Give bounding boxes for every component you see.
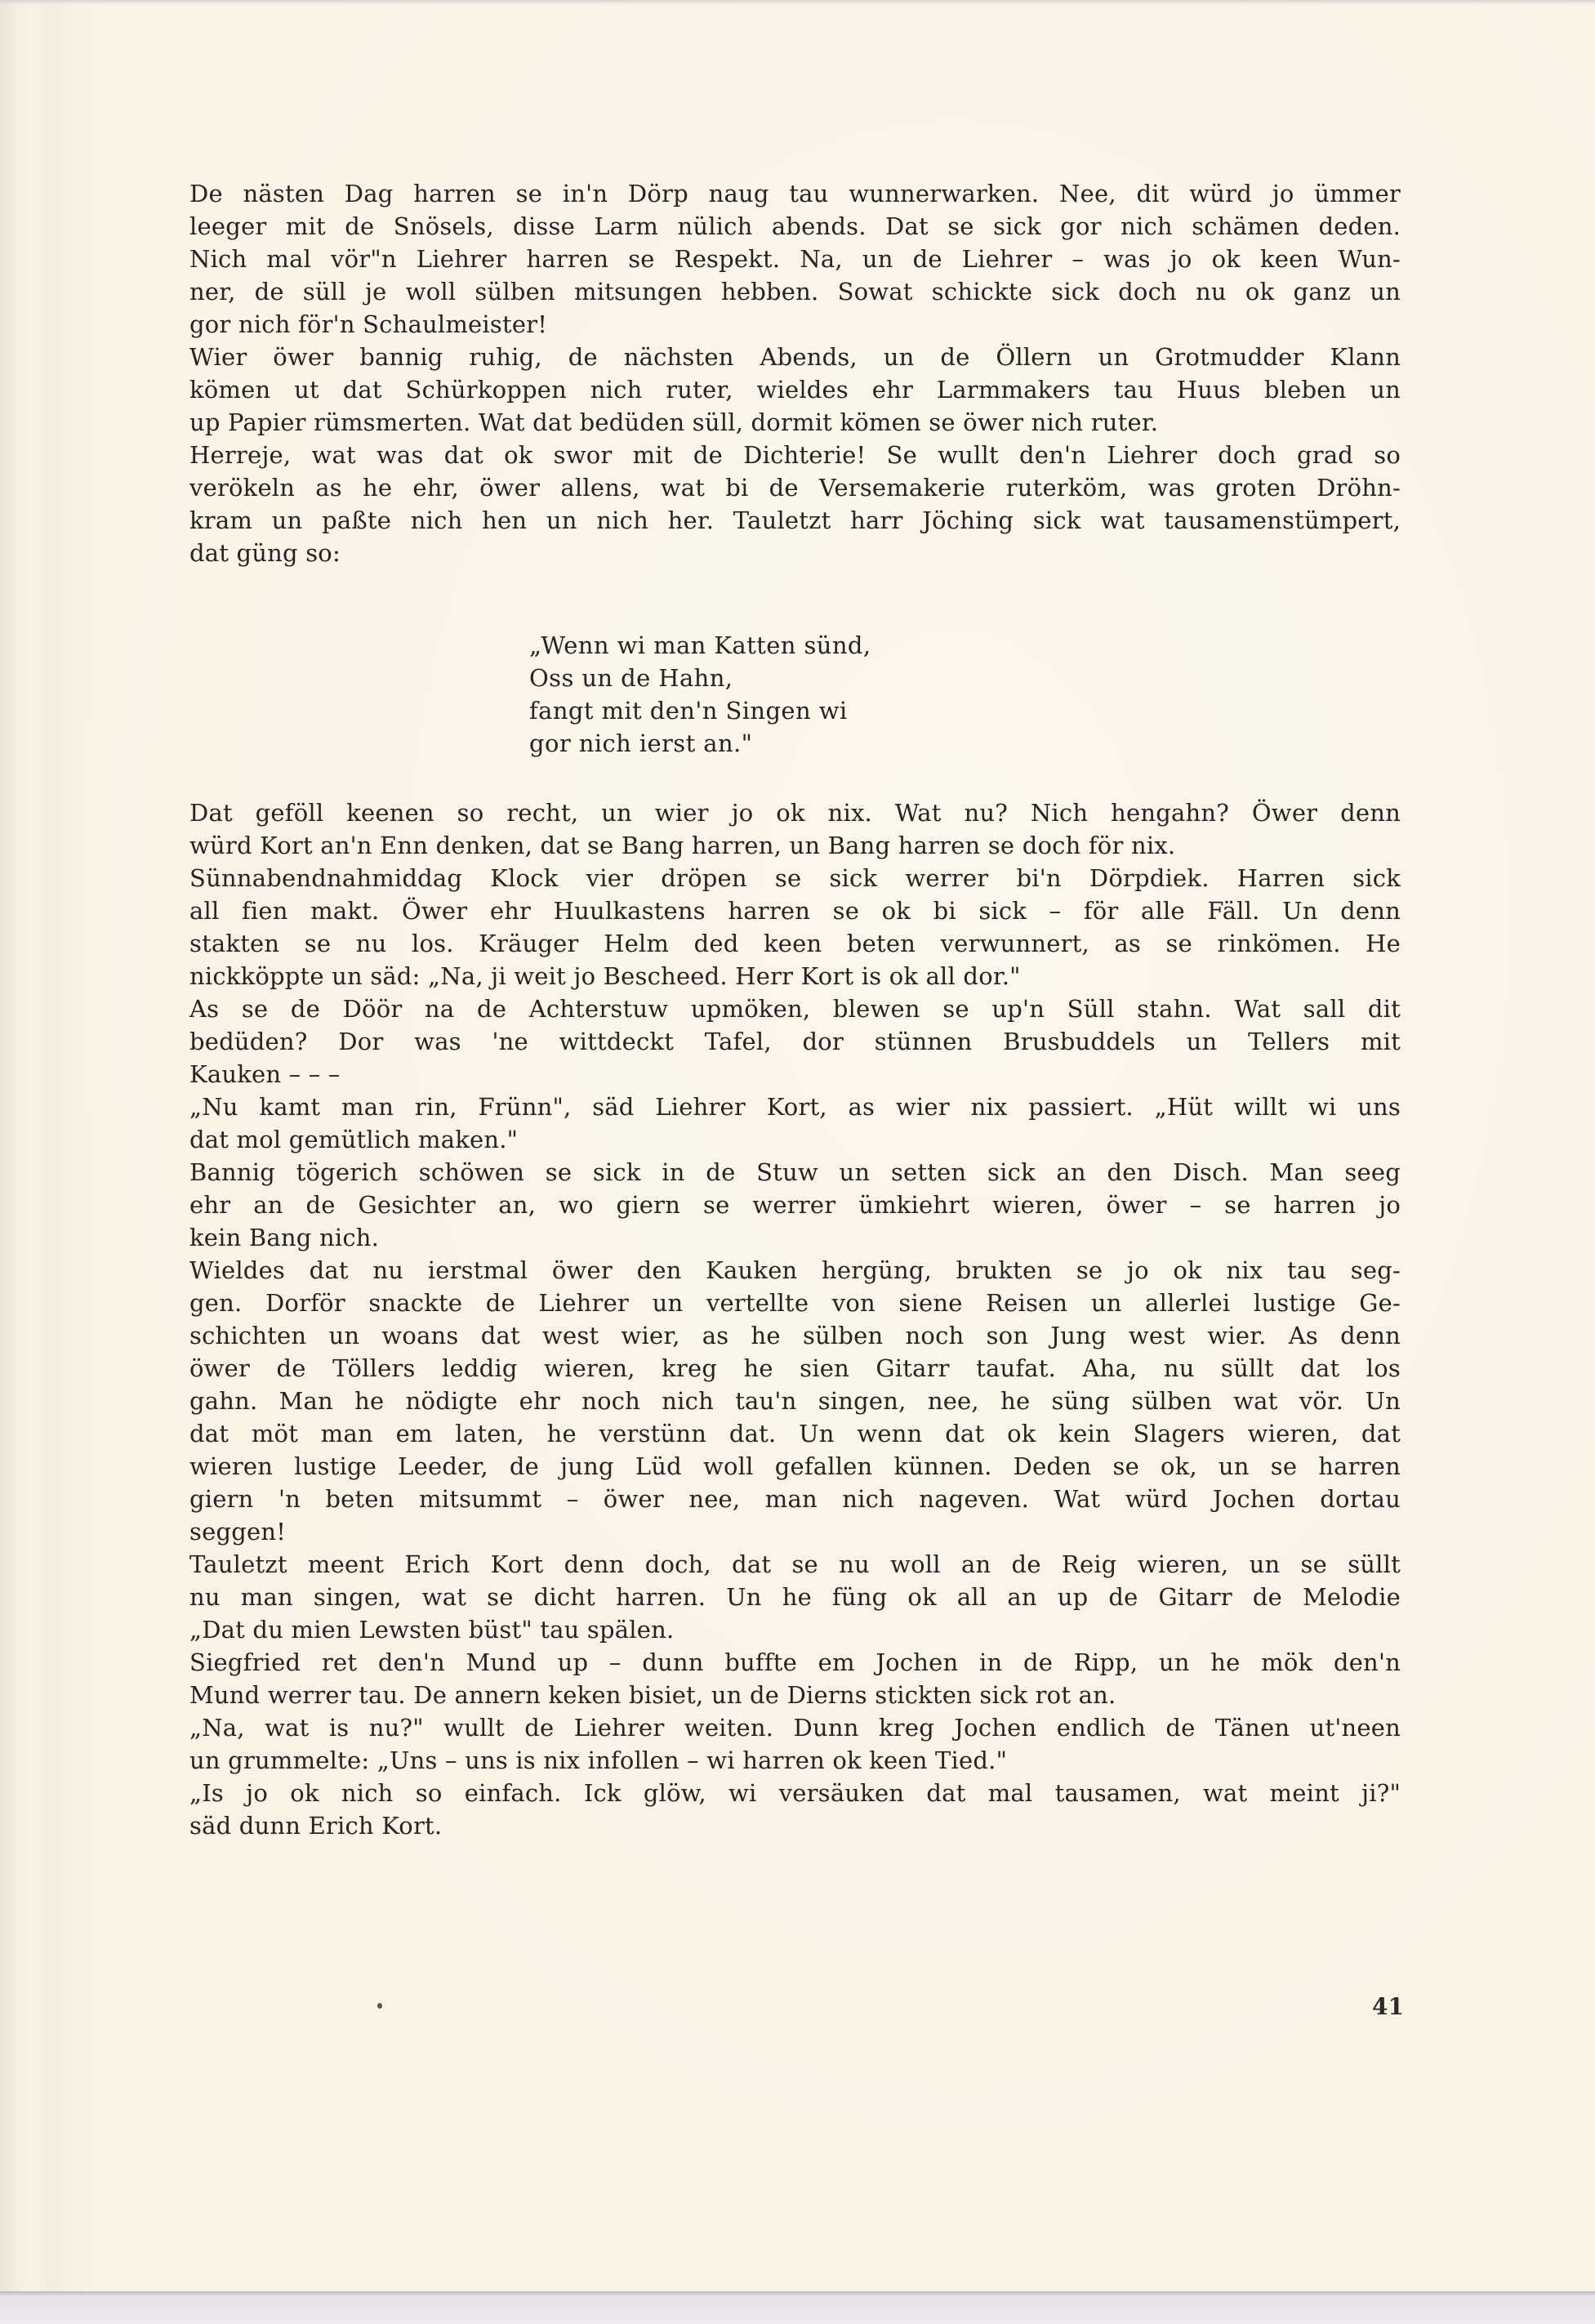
text-line: kömen ut dat Schürkoppen nich ruter, wie… bbox=[189, 373, 1401, 406]
text-line: Nich mal vör"n Liehrer harren se Respekt… bbox=[189, 243, 1401, 275]
text-line: all fien makt. Öwer ehr Huulkastens harr… bbox=[189, 894, 1401, 927]
text-line: öwer de Töllers leddig wieren, kreg he s… bbox=[189, 1352, 1401, 1385]
text-line: Siegfried ret den'n Mund up – dunn bufft… bbox=[189, 1646, 1401, 1679]
text-line: up Papier rümsmerten. Wat dat bedüden sü… bbox=[189, 406, 1401, 439]
poem-line: Oss un de Hahn, bbox=[529, 662, 733, 694]
text-line: gen. Dorför snackte de Liehrer un vertel… bbox=[189, 1287, 1401, 1319]
text-line: seggen! bbox=[189, 1515, 1401, 1548]
text-line: dat güng so: bbox=[189, 537, 1401, 569]
text-line: Dat geföll keenen so recht, un wier jo o… bbox=[189, 796, 1401, 829]
text-line: würd Kort an'n Enn denken, dat se Bang h… bbox=[189, 829, 1401, 862]
text-line: dat mol gemütlich maken." bbox=[189, 1123, 1401, 1156]
text-line: giern 'n beten mitsummt – öwer nee, man … bbox=[189, 1483, 1401, 1515]
book-page: De nästen Dag harren se in'n Dörp naug t… bbox=[0, 0, 1595, 2291]
text-line: bedüden? Dor was 'ne wittdeckt Tafel, do… bbox=[189, 1025, 1401, 1058]
text-line: nu man singen, wat se dicht harren. Un h… bbox=[189, 1581, 1401, 1613]
text-line: „Na, wat is nu?" wullt de Liehrer weiten… bbox=[189, 1711, 1401, 1744]
text-line: dat möt man em laten, he verstünn dat. U… bbox=[189, 1417, 1401, 1450]
text-line: As se de Döör na de Achterstuw upmöken, … bbox=[189, 992, 1401, 1025]
text-line: Sünnabendnahmiddag Klock vier dröpen se … bbox=[189, 862, 1401, 894]
text-line: De nästen Dag harren se in'n Dörp naug t… bbox=[189, 177, 1401, 210]
text-line: gor nich för'n Schaulmeister! bbox=[189, 308, 1401, 341]
text-line: ehr an de Gesichter an, wo giern se werr… bbox=[189, 1189, 1401, 1221]
text-line: „Dat du mien Lewsten büst" tau spälen. bbox=[189, 1613, 1401, 1646]
text-line: Tauletzt meent Erich Kort denn doch, dat… bbox=[189, 1548, 1401, 1581]
text-line: Wier öwer bannig ruhig, de nächsten Aben… bbox=[189, 341, 1401, 373]
text-line: „Nu kamt man rin, Frünn", säd Liehrer Ko… bbox=[189, 1091, 1401, 1123]
text-line: „Is jo ok nich so einfach. Ick glöw, wi … bbox=[189, 1777, 1401, 1809]
text-line: Herreje, wat was dat ok swor mit de Dich… bbox=[189, 439, 1401, 471]
text-line: leeger mit de Snösels, disse Larm nülich… bbox=[189, 210, 1401, 243]
poem-line: fangt mit den'n Singen wi bbox=[529, 694, 848, 727]
text-line: wieren lustige Leeder, de jung Lüd woll … bbox=[189, 1450, 1401, 1483]
poem-line: „Wenn wi man Katten sünd, bbox=[529, 629, 871, 662]
text-line: Kauken – – – bbox=[189, 1058, 1401, 1091]
text-line: kram un paßte nich hen un nich her. Taul… bbox=[189, 504, 1401, 537]
ink-speck bbox=[377, 2003, 382, 2009]
scan-bottom-edge bbox=[0, 2291, 1595, 2324]
text-line: stakten se nu los. Kräuger Helm ded keen… bbox=[189, 927, 1401, 960]
text-line: ner, de süll je woll sülben mitsungen he… bbox=[189, 275, 1401, 308]
text-line: verökeln as he ehr, öwer allens, wat bi … bbox=[189, 471, 1401, 504]
text-line: un grummelte: „Uns – uns is nix infollen… bbox=[189, 1744, 1401, 1777]
text-line: kein Bang nich. bbox=[189, 1221, 1401, 1254]
text-line: gahn. Man he nödigte ehr noch nich tau'n… bbox=[189, 1385, 1401, 1417]
text-line: schichten un woans dat west wier, as he … bbox=[189, 1319, 1401, 1352]
page-number: 41 bbox=[1372, 1993, 1404, 2020]
text-line: Mund werrer tau. De annern keken bisiet,… bbox=[189, 1679, 1401, 1711]
page-top-edge bbox=[0, 0, 1595, 5]
text-line: Wieldes dat nu ierstmal öwer den Kauken … bbox=[189, 1254, 1401, 1287]
text-line: säd dunn Erich Kort. bbox=[189, 1809, 1401, 1842]
poem-line: gor nich ierst an." bbox=[529, 727, 752, 760]
text-line: nickköppte un säd: „Na, ji weit jo Besch… bbox=[189, 960, 1401, 992]
text-line: Bannig tögerich schöwen se sick in de St… bbox=[189, 1156, 1401, 1189]
